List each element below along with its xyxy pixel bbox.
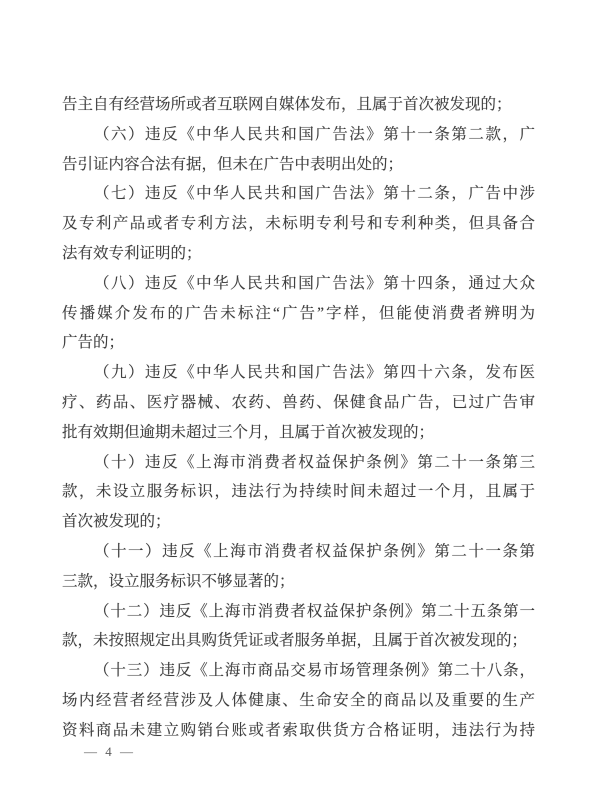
document-line: 款，未设立服务标识，违法行为持续时间未超过一个月，且属于: [62, 477, 535, 507]
document-line: 广告的；: [62, 328, 535, 358]
document-line: （八）违反《中华人民共和国广告法》第十四条，通过大众: [62, 269, 535, 299]
document-line: 三款，设立服务标识不够显著的；: [62, 567, 535, 597]
document-line: 疗、药品、医疗器械、农药、兽药、保健食品广告，已过广告审: [62, 388, 535, 418]
document-text: 告主自有经营场所或者互联网自媒体发布，且属于首次被发现的；（六）违反《中华人民共…: [62, 90, 535, 746]
document-line: （六）违反《中华人民共和国广告法》第十一条第二款，广: [62, 120, 535, 150]
document-line: （十二）违反《上海市消费者权益保护条例》第二十五条第一: [62, 597, 535, 627]
document-page: 告主自有经营场所或者互联网自媒体发布，且属于首次被发现的；（六）违反《中华人民共…: [0, 0, 596, 787]
document-line: 法有效专利证明的；: [62, 239, 535, 269]
document-line: 传播媒介发布的广告未标注“广告”字样，但能使消费者辨明为: [62, 299, 535, 329]
document-line: （十三）违反《上海市商品交易市场管理条例》第二十八条，: [62, 656, 535, 686]
document-line: 批有效期但逾期未超过三个月，且属于首次被发现的；: [62, 418, 535, 448]
document-line: （十）违反《上海市消费者权益保护条例》第二十一条第三: [62, 448, 535, 478]
document-line: 告引证内容合法有据，但未在广告中表明出处的；: [62, 150, 535, 180]
document-line: （七）违反《中华人民共和国广告法》第十二条，广告中涉: [62, 179, 535, 209]
document-line: 告主自有经营场所或者互联网自媒体发布，且属于首次被发现的；: [62, 90, 535, 120]
document-line: （十一）违反《上海市消费者权益保护条例》第二十一条第: [62, 537, 535, 567]
page-number: — 4 —: [84, 742, 136, 762]
document-line: 及专利产品或者专利方法，未标明专利号和专利种类，但具备合: [62, 209, 535, 239]
document-line: （九）违反《中华人民共和国广告法》第四十六条，发布医: [62, 358, 535, 388]
document-line: 首次被发现的；: [62, 507, 535, 537]
document-line: 款，未按照规定出具购货凭证或者服务单据，且属于首次被发现的；: [62, 626, 535, 656]
document-line: 场内经营者经营涉及人体健康、生命安全的商品以及重要的生产: [62, 686, 535, 716]
